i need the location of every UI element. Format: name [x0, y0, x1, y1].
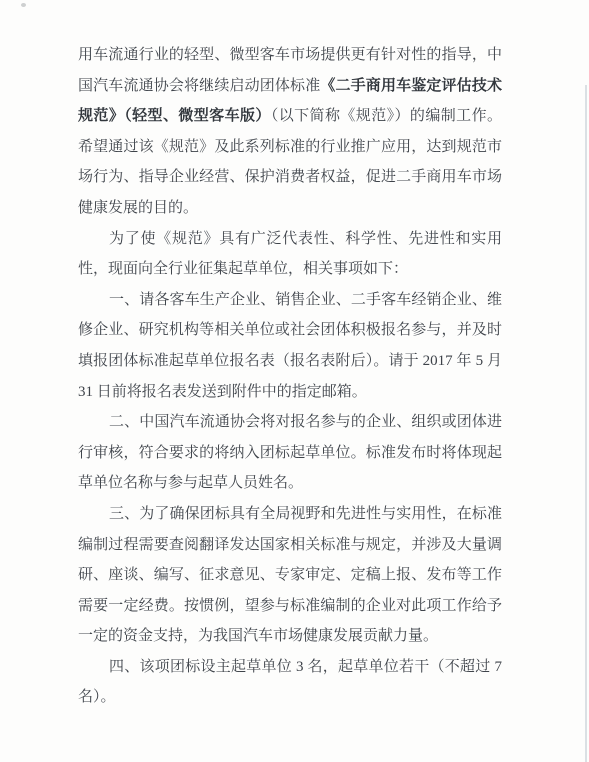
paragraph-item-4-text: 四、该项团标设主起草单位 3 名，起草单位若干（不超过 7 名）。 [78, 659, 502, 706]
paragraph-item-2: 二、中国汽车流通协会将对报名参与的企业、组织或团体进行审核，符合要求的将纳入团标… [78, 407, 502, 499]
paragraph-item-1-text: 一、请各客车生产企业、销售企业、二手客车经销企业、维修企业、研究机构等相关单位或… [78, 292, 502, 400]
scan-speck-artifact [21, 3, 26, 7]
paragraph-purpose-text: 为了使《规范》具有广泛代表性、科学性、先进性和实用性，现面向全行业征集起草单位，… [78, 231, 502, 278]
paragraph-item-4: 四、该项团标设主起草单位 3 名，起草单位若干（不超过 7 名）。 [78, 652, 502, 713]
paragraph-intro-text-after: （以下简称《规范》）的编制工作。希望通过该《规范》及此系列标准的行业推广应用，达… [78, 108, 502, 216]
paragraph-item-1: 一、请各客车生产企业、销售企业、二手客车经销企业、维修企业、研究机构等相关单位或… [78, 285, 502, 407]
paragraph-purpose: 为了使《规范》具有广泛代表性、科学性、先进性和实用性，现面向全行业征集起草单位，… [78, 224, 502, 285]
paragraph-intro: 用车流通行业的轻型、微型客车市场提供更有针对性的指导，中国汽车流通协会将继续启动… [78, 40, 502, 224]
document-body: 用车流通行业的轻型、微型客车市场提供更有针对性的指导，中国汽车流通协会将继续启动… [78, 40, 502, 713]
paragraph-item-2-text: 二、中国汽车流通协会将对报名参与的企业、组织或团体进行审核，符合要求的将纳入团标… [78, 414, 502, 491]
paragraph-item-3-text: 三、为了确保团标具有全局视野和先进性与实用性，在标准编制过程需要查阅翻译发达国家… [78, 506, 502, 644]
scanned-document-page: 用车流通行业的轻型、微型客车市场提供更有针对性的指导，中国汽车流通协会将继续启动… [0, 0, 589, 762]
scan-edge-shadow [585, 85, 587, 762]
paragraph-item-3: 三、为了确保团标具有全局视野和先进性与实用性，在标准编制过程需要查阅翻译发达国家… [78, 499, 502, 652]
